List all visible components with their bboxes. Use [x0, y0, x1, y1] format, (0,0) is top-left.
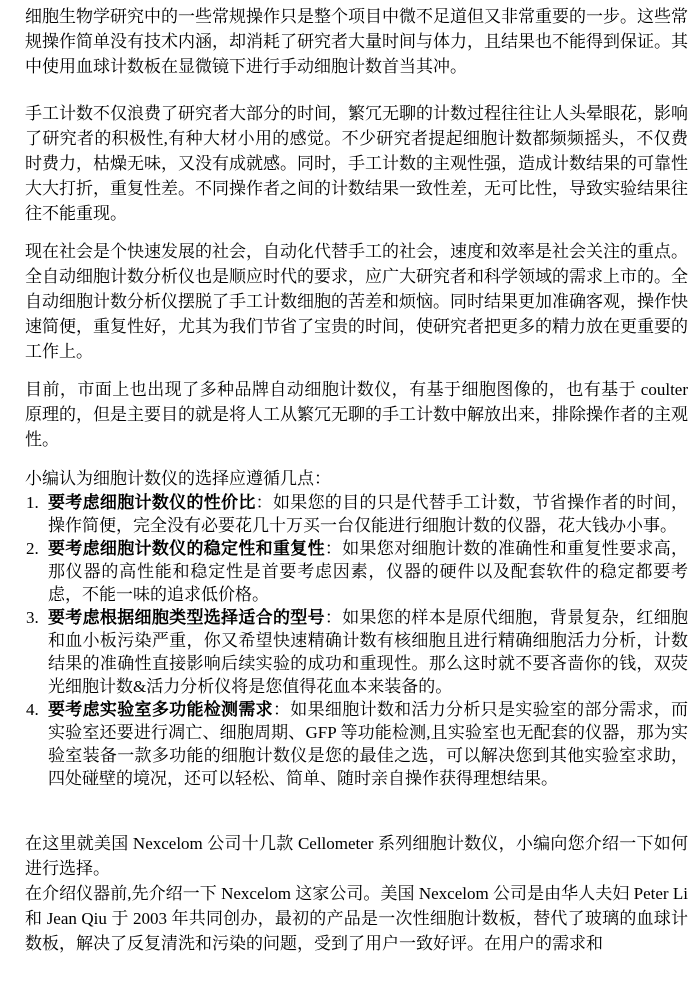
list-item-1: 1.要考虑细胞计数仪的性价比：如果您的目的只是代替手工计数，节省操作者的时间，操… [25, 491, 688, 537]
item-number: 4. [26, 698, 39, 721]
numbered-list: 1.要考虑细胞计数仪的性价比：如果您的目的只是代替手工计数，节省操作者的时间，操… [25, 491, 688, 790]
intro-paragraph-3: 现在社会是个快速发展的社会，自动化代替手工的社会，速度和效率是社会关注的重点。全… [25, 239, 688, 364]
item-number: 3. [26, 606, 39, 629]
item-lead: 要考虑根据细胞类型选择适合的型号 [48, 608, 325, 627]
item-number: 2. [26, 537, 39, 560]
intro-paragraph-1: 细胞生物学研究中的一些常规操作只是整个项目中微不足道但又非常重要的一步。这些常规… [25, 4, 688, 79]
closing-paragraph-2: 在介绍仪器前,先介绍一下 Nexcelom 这家公司。美国 Nexcelom 公… [25, 881, 688, 956]
item-number: 1. [26, 491, 39, 514]
closing-section: 在这里就美国 Nexcelom 公司十几款 Cellometer 系列细胞计数仪… [25, 831, 688, 956]
intro-paragraph-4: 目前，市面上也出现了多种品牌自动细胞计数仪，有基于细胞图像的，也有基于 coul… [25, 377, 688, 452]
closing-paragraph-1: 在这里就美国 Nexcelom 公司十几款 Cellometer 系列细胞计数仪… [25, 831, 688, 881]
list-item-2: 2.要考虑细胞计数仪的稳定性和重复性：如果您对细胞计数的准确性和重复性要求高，那… [25, 537, 688, 606]
list-item-4: 4.要考虑实验室多功能检测需求：如果细胞计数和活力分析只是实验室的部分需求，而实… [25, 698, 688, 790]
list-item-3: 3.要考虑根据细胞类型选择适合的型号：如果您的样本是原代细胞，背景复杂，红细胞和… [25, 606, 688, 698]
item-lead: 要考虑细胞计数仪的稳定性和重复性 [48, 539, 325, 558]
intro-paragraph-2: 手工计数不仅浪费了研究者大部分的时间，繁冗无聊的计数过程往往让人头晕眼花，影响了… [25, 101, 688, 226]
item-lead: 要考虑实验室多功能检测需求 [48, 700, 273, 719]
document-page: 细胞生物学研究中的一些常规操作只是整个项目中微不足道但又非常重要的一步。这些常规… [0, 0, 700, 956]
list-intro: 小编认为细胞计数仪的选择应遵循几点： [25, 466, 688, 491]
item-lead: 要考虑细胞计数仪的性价比 [48, 493, 256, 512]
